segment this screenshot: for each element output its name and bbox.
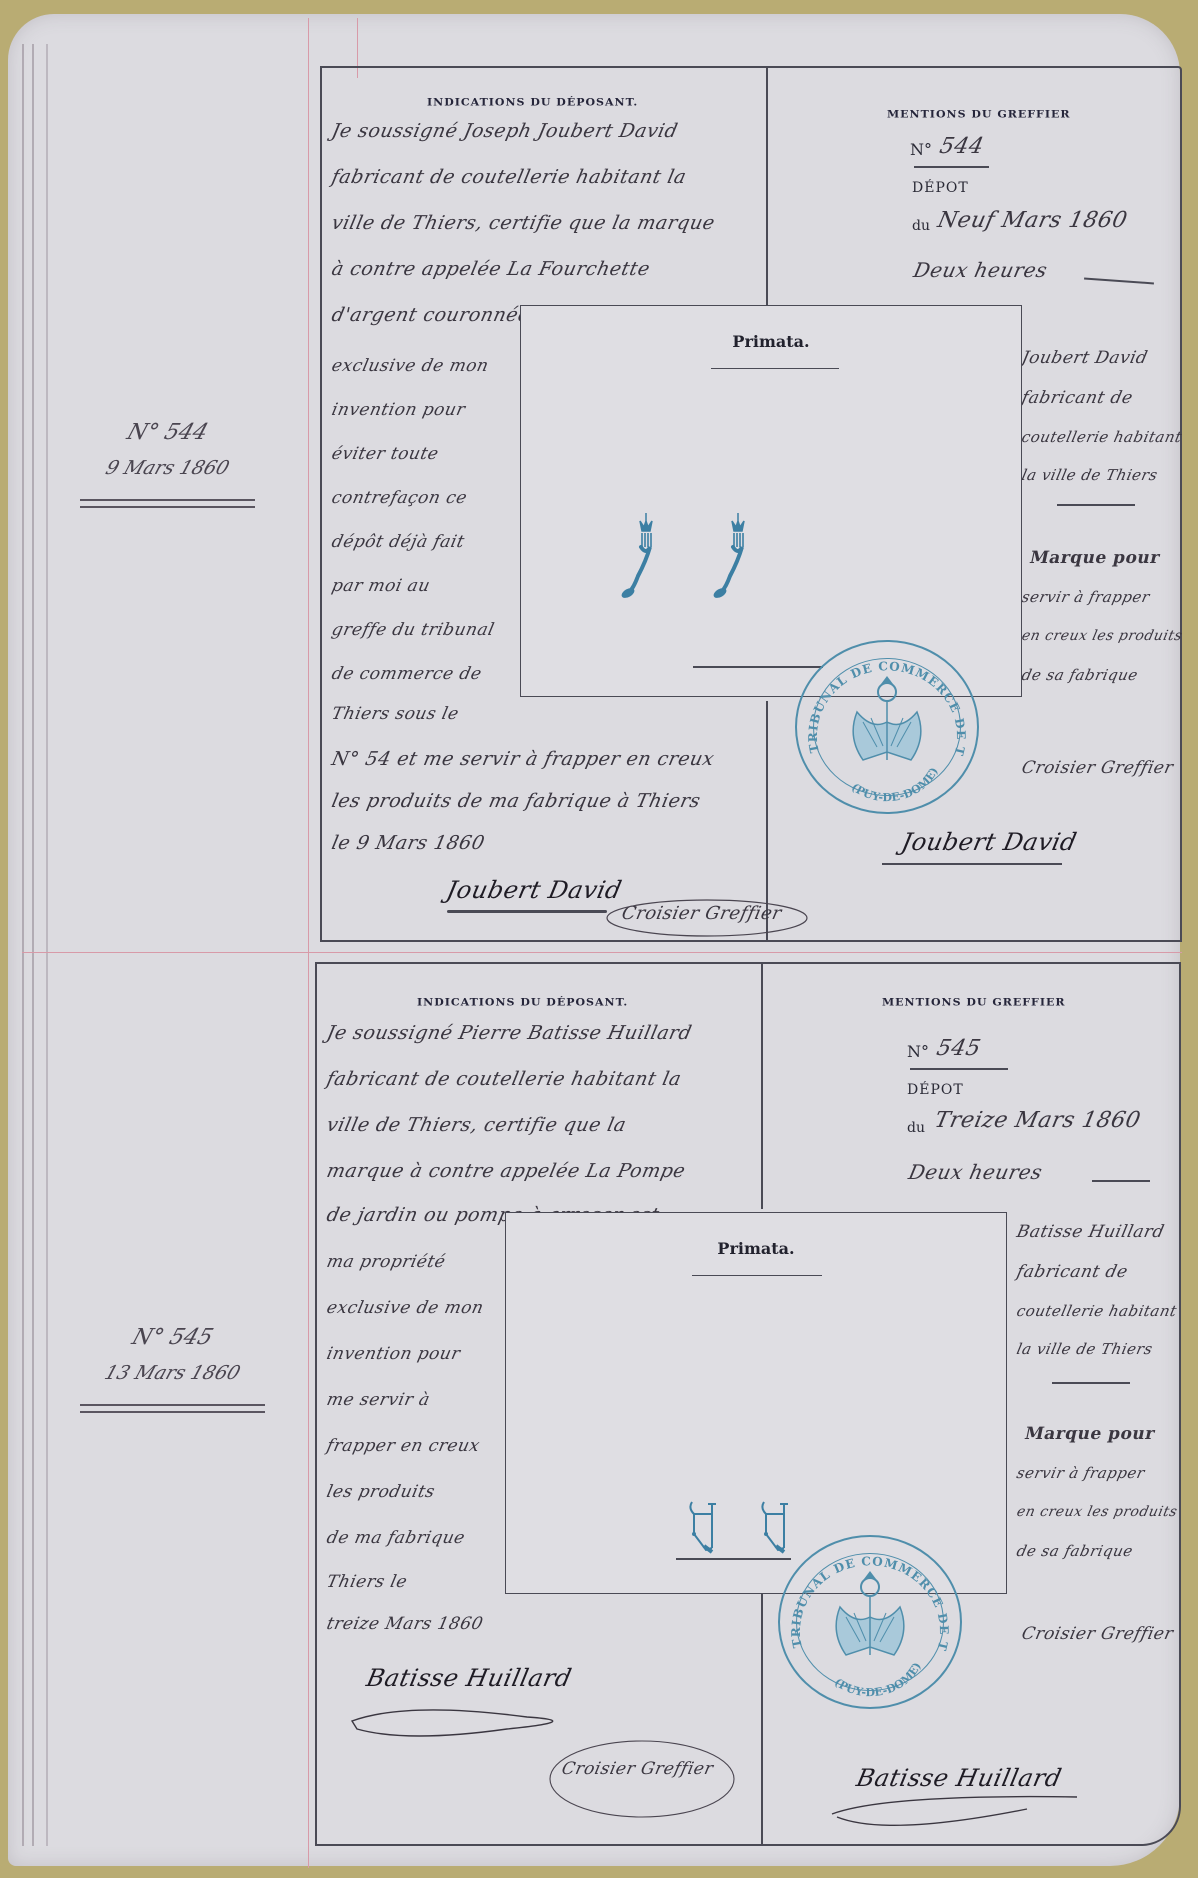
declaration-line: N° 54 et me servir à frapper en creux	[330, 748, 717, 770]
declaration-line: ville de Thiers, certifie que la	[325, 1114, 629, 1136]
deposit-number: 544	[937, 134, 986, 159]
declaration-line: treize Mars 1860	[325, 1614, 485, 1634]
declaration-line: les produits de ma fabrique à Thiers	[330, 790, 703, 812]
rule	[676, 1558, 791, 1560]
svg-text:(PUY-DE-DOME): (PUY-DE-DOME)	[849, 765, 941, 804]
entry-number: N° 544	[76, 420, 259, 445]
clerk-note: servir à frapper	[1020, 588, 1151, 606]
depositor-signature: Joubert David	[444, 876, 624, 904]
rule	[692, 1275, 822, 1276]
clerk-note: la ville de Thiers	[1020, 466, 1159, 484]
crowned-fork-icon	[708, 511, 760, 601]
declaration-line: greffe du tribunal	[330, 620, 496, 640]
rule	[711, 368, 839, 369]
clerk-note: en creux les produits	[1020, 628, 1184, 644]
rule	[1052, 1382, 1130, 1384]
clerk-note: en creux les produits	[1015, 1504, 1179, 1520]
rule	[910, 1068, 1008, 1070]
imperial-eagle-icon: TRIBUNAL DE COMMERCE DE THIERS (PUY-DE-D…	[797, 642, 977, 812]
declaration-line: marque à contre appelée La Pompe	[325, 1160, 688, 1182]
depot-date: Treize Mars 1860	[932, 1108, 1143, 1133]
clerk-note: fabricant de	[1020, 388, 1135, 408]
entry-separator-rule	[22, 952, 1182, 953]
clerk-note: la ville de Thiers	[1015, 1340, 1154, 1358]
rule	[1092, 1180, 1150, 1182]
declaration-line: Je soussigné Joseph Joubert David	[330, 120, 680, 142]
clerk-signature: Croisier Greffier	[1020, 1624, 1175, 1644]
declaration-line: Thiers le	[325, 1572, 409, 1592]
declaration-line: exclusive de mon	[330, 356, 491, 376]
declaration-line: frapper en creux	[325, 1436, 482, 1456]
du-label: du	[912, 218, 930, 234]
declaration-line: fabricant de coutellerie habitant la	[325, 1068, 684, 1090]
court-stamp: TRIBUNAL DE COMMERCE DE THIERS (PUY-DE-D…	[795, 640, 979, 814]
depositor-signature-repeat: Batisse Huillard	[854, 1764, 1064, 1792]
declaration-line: le 9 Mars 1860	[330, 832, 487, 854]
signature-underline	[447, 910, 607, 913]
declaration-line: fabricant de coutellerie habitant la	[330, 166, 689, 188]
crowned-fork-icon	[616, 511, 668, 601]
clerk-header: MENTIONS DU GREFFIER	[887, 109, 1071, 121]
declaration-line: ville de Thiers, certifie que la marque	[330, 212, 717, 234]
number-label: N°	[907, 1042, 929, 1061]
clerk-note: coutellerie habitant	[1015, 1302, 1179, 1320]
depositor-signature: Batisse Huillard	[364, 1664, 574, 1692]
declaration-line: éviter toute	[330, 444, 441, 464]
signature-underline	[882, 863, 1062, 865]
primata-title: Primata.	[521, 332, 1021, 351]
column-divider	[761, 964, 763, 1209]
clerk-note: de sa fabrique	[1020, 666, 1140, 684]
clerk-header: MENTIONS DU GREFFIER	[882, 997, 1066, 1009]
trademark-specimen-box: Primata.	[520, 305, 1022, 697]
signature-flourish	[542, 1734, 742, 1824]
declaration-line: par moi au	[330, 576, 432, 596]
declaration-line: invention pour	[325, 1344, 462, 1364]
depot-date: Neuf Mars 1860	[935, 208, 1129, 233]
page-edge-line	[46, 44, 48, 1846]
clerk-note: fabricant de	[1015, 1262, 1130, 1282]
page-edge-line	[22, 44, 24, 1846]
declaration-line: les produits	[325, 1482, 437, 1502]
depot-label: DÉPOT	[912, 180, 969, 196]
depot-time: Deux heures	[906, 1160, 1044, 1184]
margin-entry-number: N° 544 9 Mars 1860	[80, 420, 255, 508]
declaration-line: contrefaçon ce	[330, 488, 469, 508]
entry-date: 13 Mars 1860	[76, 1362, 268, 1384]
number-label: N°	[910, 140, 932, 159]
declaration-line: exclusive de mon	[325, 1298, 486, 1318]
declaration-line: me servir à	[325, 1390, 432, 1410]
depot-label: DÉPOT	[907, 1082, 964, 1098]
depositor-header: INDICATIONS DU DÉPOSANT.	[417, 997, 628, 1009]
margin-entry-number: N° 545 13 Mars 1860	[80, 1325, 265, 1413]
svg-text:(PUY-DE-DOME): (PUY-DE-DOME)	[832, 1660, 924, 1699]
clerk-note: Batisse Huillard	[1015, 1222, 1166, 1242]
primata-title: Primata.	[506, 1239, 1006, 1258]
page-edge-line	[32, 44, 34, 1846]
declaration-line: invention pour	[330, 400, 467, 420]
entry-date: 9 Mars 1860	[76, 457, 258, 479]
column-divider	[766, 68, 768, 323]
depot-time: Deux heures	[911, 258, 1049, 282]
declaration-line: à contre appelée La Fourchette	[330, 258, 652, 280]
signature-flourish	[602, 893, 812, 943]
rule	[1057, 504, 1135, 506]
court-stamp: TRIBUNAL DE COMMERCE DE THIERS (PUY-DE-D…	[778, 1535, 962, 1709]
depositor-signature-repeat: Joubert David	[899, 828, 1079, 856]
declaration-line: ma propriété	[325, 1252, 448, 1272]
clerk-note: Joubert David	[1020, 348, 1150, 368]
entry-number: N° 545	[76, 1325, 269, 1350]
declaration-line: dépôt déjà fait	[330, 532, 467, 552]
double-underline	[80, 1404, 265, 1413]
clerk-note: de sa fabrique	[1015, 1542, 1135, 1560]
depositor-header: INDICATIONS DU DÉPOSANT.	[427, 97, 638, 109]
rule	[1084, 278, 1154, 285]
du-label: du	[907, 1120, 925, 1136]
declaration-line: Je soussigné Pierre Batisse Huillard	[325, 1022, 694, 1044]
garden-pump-icon	[686, 1498, 726, 1558]
double-underline	[80, 499, 255, 508]
clerk-note: servir à frapper	[1015, 1464, 1146, 1482]
rule	[914, 166, 989, 168]
clerk-note: coutellerie habitant	[1020, 428, 1184, 446]
clerk-note: Marque pour	[1028, 548, 1162, 568]
signature-flourish	[827, 1789, 1087, 1839]
deposit-number: 545	[934, 1036, 983, 1061]
declaration-line: de ma fabrique	[325, 1528, 467, 1548]
margin-rule	[308, 18, 309, 1868]
column-divider	[761, 1592, 763, 1844]
clerk-note: Marque pour	[1023, 1424, 1157, 1444]
imperial-eagle-icon: TRIBUNAL DE COMMERCE DE THIERS (PUY-DE-D…	[780, 1537, 960, 1707]
declaration-line: de commerce de	[330, 664, 484, 684]
clerk-signature: Croisier Greffier	[1020, 758, 1175, 778]
declaration-line: Thiers sous le	[330, 704, 461, 724]
